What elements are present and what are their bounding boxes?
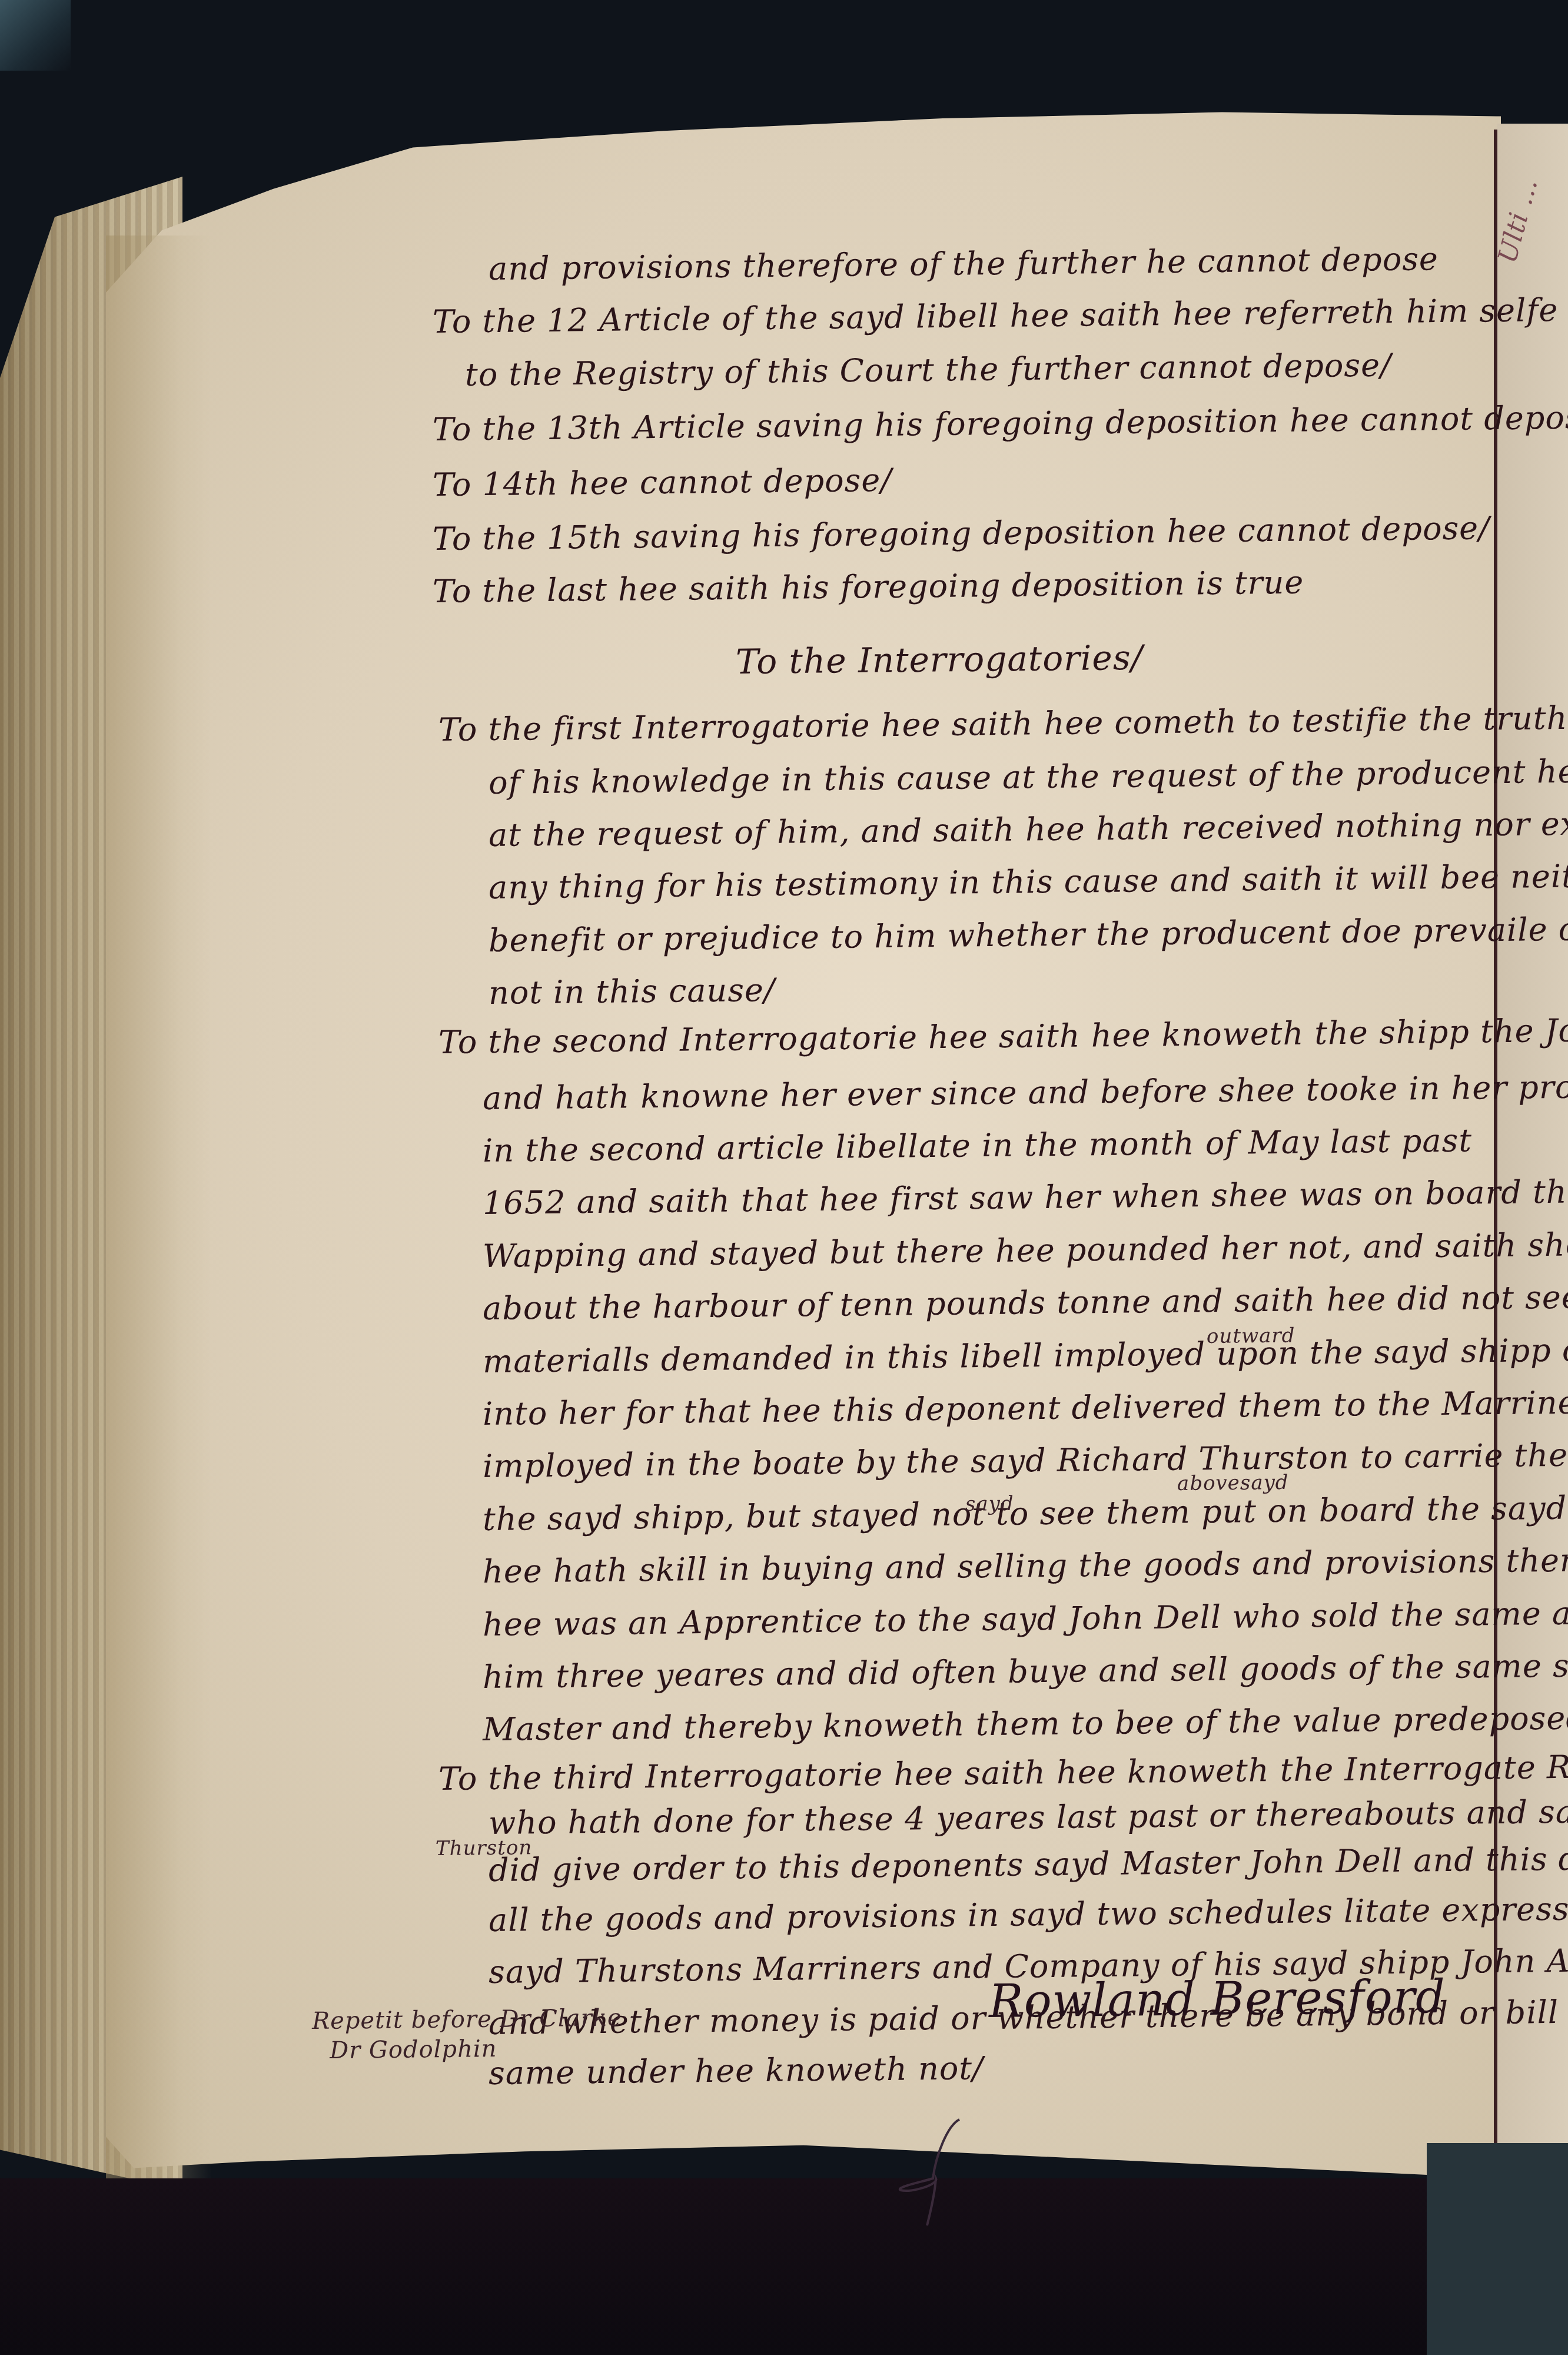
interlinear-addition: abovesayd bbox=[1177, 1471, 1289, 1495]
section-heading: To the Interrogatories/ bbox=[736, 638, 1144, 682]
page-gutter bbox=[1494, 130, 1497, 2190]
interrogatory-1-line: not in this cause/ bbox=[489, 971, 776, 1011]
margin-note-line-1: Repetit before Dr Clarke bbox=[312, 2004, 622, 2035]
background-bottom-right bbox=[1427, 2143, 1568, 2355]
interrogatory-3-line: same under hee knoweth not/ bbox=[489, 2049, 984, 2092]
interlinear-addition: sayd bbox=[965, 1492, 1014, 1516]
margin-note-line-2: Dr Godolphin bbox=[330, 2035, 497, 2064]
interlinear-addition: outward bbox=[1207, 1324, 1295, 1348]
page-edge-shading bbox=[106, 235, 212, 2178]
text-line: To 14th hee cannot depose/ bbox=[433, 462, 892, 503]
background-corner bbox=[0, 0, 71, 71]
signature: Rowland Beresford bbox=[989, 1971, 1446, 2028]
flourish-mark bbox=[889, 2114, 971, 2231]
background-bottom bbox=[0, 2178, 1568, 2355]
